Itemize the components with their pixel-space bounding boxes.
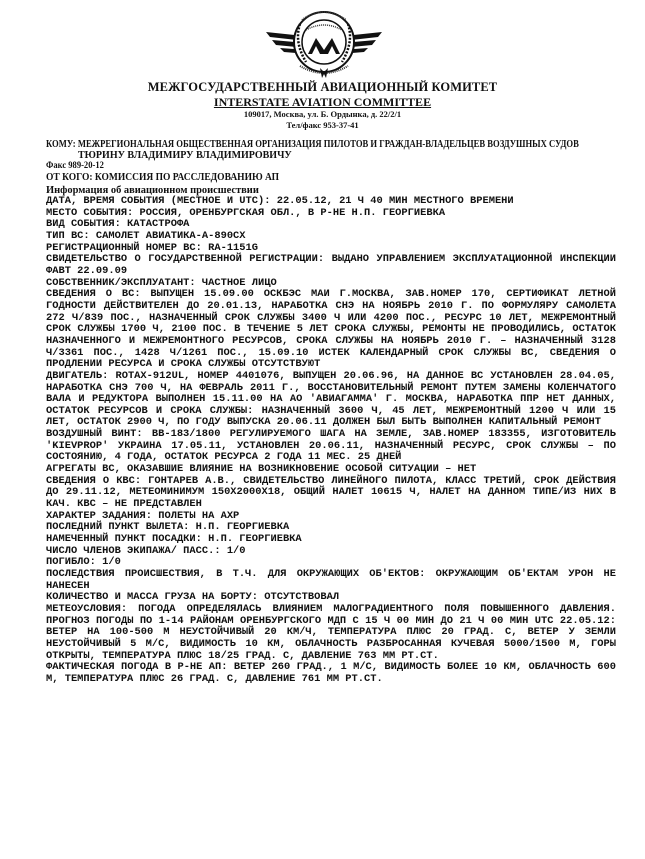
field-intended-landing: НАМЕЧЕННЫЙ ПУНКТ ПОСАДКИ: Н.П. ГЕОРГИЕВК… [46, 534, 616, 546]
field-engine: ДВИГАТЕЛЬ: ROTAX-912UL, НОМЕР 4401076, В… [46, 371, 616, 429]
org-address: 109017, Москва, ул. Б. Ордынка, д. 22/2/… [0, 109, 645, 119]
field-aircraft-info: СВЕДЕНИЯ О ВС: ВЫПУЩЕН 15.09.00 ОСКБЭС М… [46, 289, 616, 371]
field-registration-certificate: СВИДЕТЕЛЬСТВО О ГОСУДАРСТВЕННОЙ РЕГИСТРА… [46, 254, 616, 277]
field-pilot-info: СВЕДЕНИЯ О КВС: ГОНТАРЕВ А.В., СВИДЕТЕЛЬ… [46, 476, 616, 511]
field-contributing-units: АГРЕГАТЫ ВС, ОКАЗАВШИЕ ВЛИЯНИЕ НА ВОЗНИК… [46, 464, 616, 476]
fax-document-page: МЕЖГОСУДАРСТВЕННЫЙ АВИАЦИОННЫЙ КОМИТЕТ I… [0, 0, 645, 859]
sender: ОТ КОГО: КОМИССИЯ ПО РАССЛЕДОВАНИЮ АП [46, 172, 279, 183]
iac-winged-emblem-icon [262, 2, 386, 82]
recipient-org: КОМУ: МЕЖРЕГИОНАЛЬНАЯ ОБЩЕСТВЕННАЯ ОРГАН… [46, 139, 579, 150]
report-body: ДАТА, ВРЕМЯ СОБЫТИЯ (МЕСТНОЕ И UTC): 22.… [46, 196, 616, 686]
recipient-fax: Факс 989-20-12 [46, 161, 104, 171]
field-aircraft-type: ТИП ВС: САМОЛЕТ АВИАТИКА-А-890СХ [46, 231, 616, 243]
org-name-ru: МЕЖГОСУДАРСТВЕННЫЙ АВИАЦИОННЫЙ КОМИТЕТ [0, 80, 645, 95]
field-weather-forecast: МЕТЕОУСЛОВИЯ: ПОГОДА ОПРЕДЕЛЯЛАСЬ ВЛИЯНИ… [46, 604, 616, 662]
field-crew-passengers: ЧИСЛО ЧЛЕНОВ ЭКИПАЖА/ ПАСС.: 1/0 [46, 546, 616, 558]
org-telfax: Тел/факс 953-37-41 [0, 120, 645, 130]
field-consequences: ПОСЛЕДСТВИЯ ПРОИСШЕСТВИЯ, В Т.Ч. ДЛЯ ОКР… [46, 569, 616, 592]
org-name-en: INTERSTATE AVIATION COMMITTEE [0, 95, 645, 110]
recipient-name: ТЮРИНУ ВЛАДИМИРУ ВЛАДИМИРОВИЧУ [78, 150, 292, 161]
field-propeller: ВОЗДУШНЫЙ ВИНТ: ВВ-183/1800 РЕГУЛИРУЕМОГ… [46, 429, 616, 464]
field-event-datetime: ДАТА, ВРЕМЯ СОБЫТИЯ (МЕСТНОЕ И UTC): 22.… [46, 196, 616, 208]
field-actual-weather: ФАКТИЧЕСКАЯ ПОГОДА В Р-НЕ АП: ВЕТЕР 260 … [46, 662, 616, 685]
